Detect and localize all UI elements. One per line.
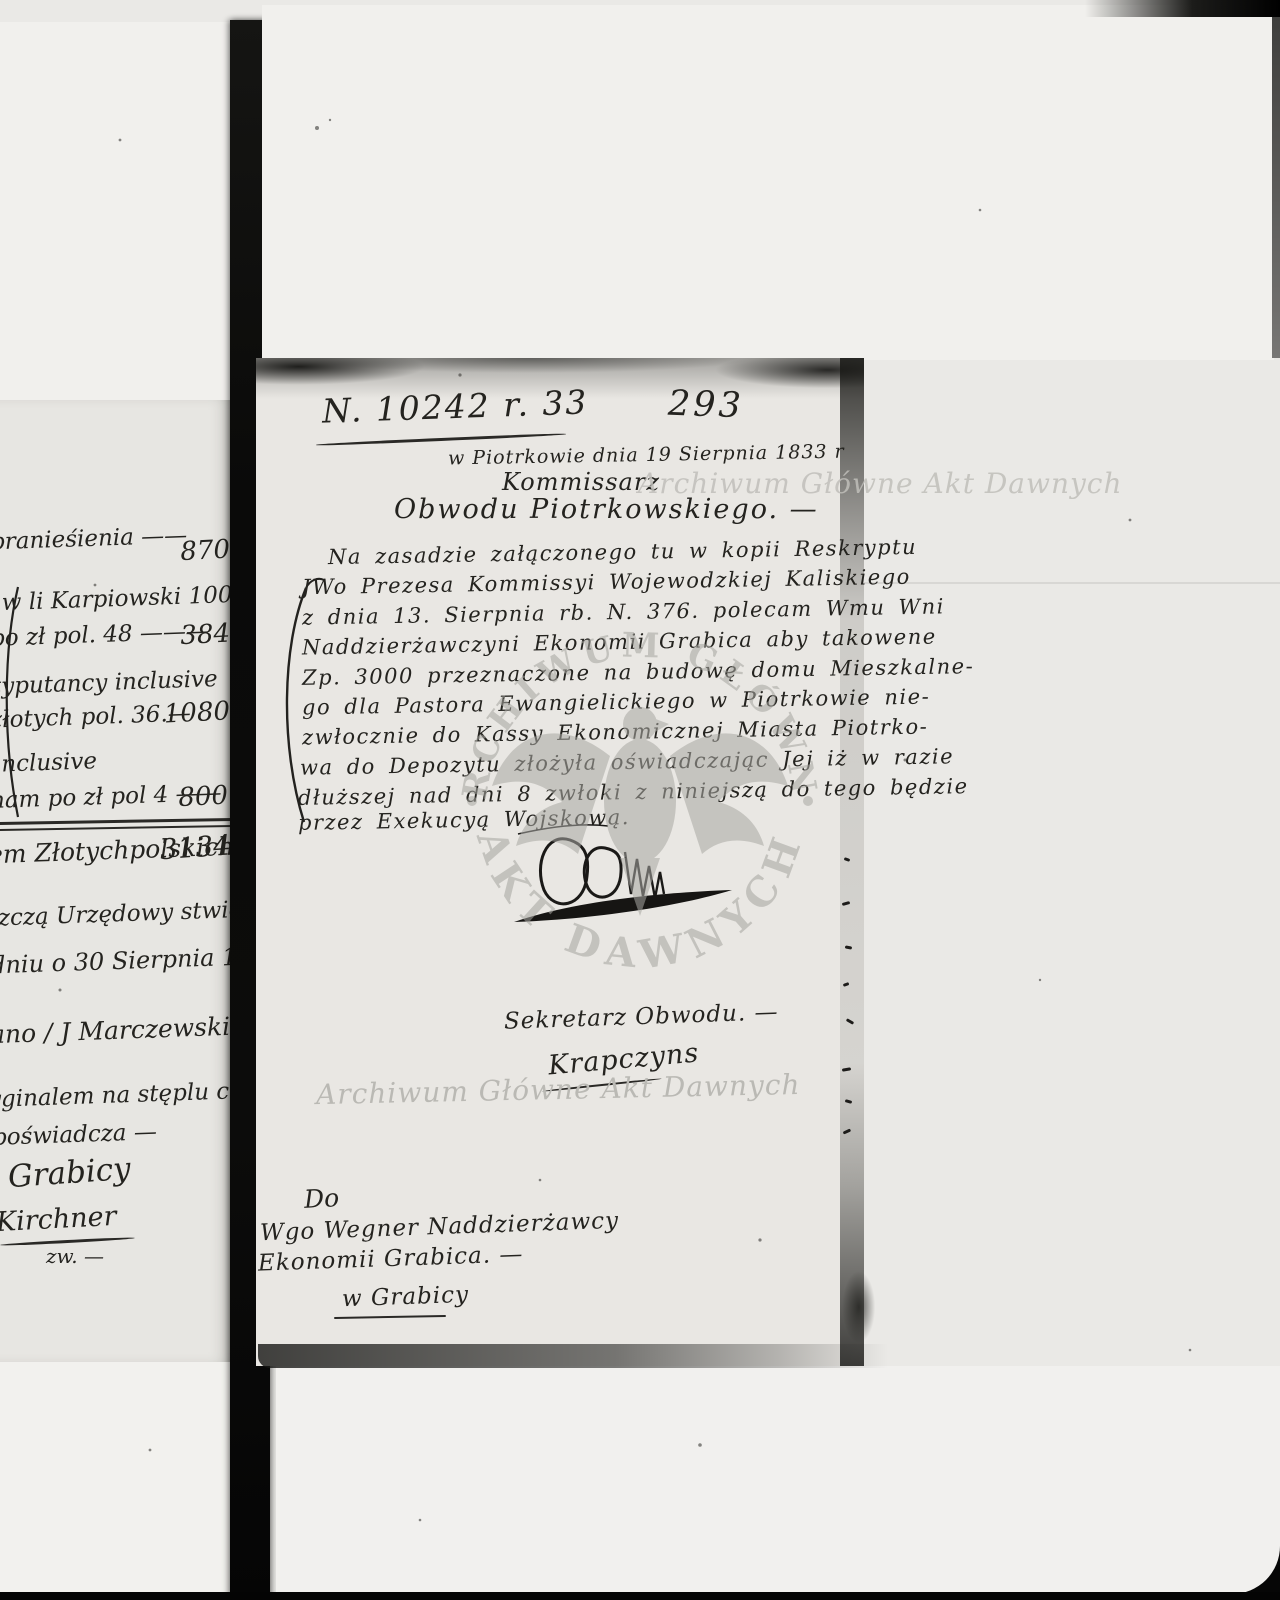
archive-stamp-watermark: ARCHIWUM GŁÓWNE AKT DAWNYCH — [450, 596, 830, 1006]
address-line: Ekonomii Grabica. — — [258, 1243, 524, 1275]
scanner-bottom-strip — [0, 1592, 1280, 1600]
body-line: JWo Prezesa Kommissyi Wojewodzkiej Kalis… — [302, 567, 911, 599]
ledger-row-text: aw li Karpiowski 1000 — [0, 583, 232, 615]
attestation-line: szczą Urzędowy stwierdzam. — [0, 896, 232, 931]
ledger-row-amount: 384 — [171, 621, 230, 650]
main-page-bottom-smudge — [258, 1344, 908, 1368]
address-line: Do — [303, 1185, 339, 1212]
office-line-1: Kommissarz — [502, 470, 660, 494]
left-bottom-blank-page — [0, 1362, 232, 1593]
stamp-eagle-head — [623, 707, 657, 741]
address-line: w Grabicy — [342, 1284, 470, 1311]
top-right-corner-shadow — [1085, 0, 1280, 17]
right-edge-smudge — [840, 358, 864, 1366]
document-scan: pranieśienia —— 870 aw li Karpiowski 100… — [0, 0, 1280, 1600]
attestation-line: poświadcza — — [0, 1121, 157, 1150]
ledger-row-amount: 800 — [169, 783, 228, 812]
archive-watermark-upper: Archiwum Główne Akt Dawnych — [638, 470, 1123, 498]
ledger-row-text: pranieśienia —— — [0, 525, 188, 555]
folio-number: 293 — [667, 387, 744, 425]
attestation-line: dniu o 30 Sierpnia 1833 r — [0, 943, 232, 978]
address-line: Wgo Wegner Naddzierżawcy — [260, 1210, 620, 1246]
document-number-underline — [316, 433, 566, 446]
bottom-underlying-page — [276, 1366, 1280, 1594]
document-number: N. 10242 r. 33 — [322, 385, 589, 427]
main-page-corner-blotch — [838, 1262, 884, 1362]
stamp-eagle-tail — [620, 858, 660, 916]
signature-grabicy: Grabicy — [7, 1154, 132, 1193]
signature-kirchner: Kirchner — [0, 1203, 117, 1236]
left-top-blank-page — [0, 22, 230, 402]
ledger-total-amount: 3134 — [154, 831, 232, 864]
dateline: w Piotrkowie dnia 19 Sierpnia 1833 r — [448, 443, 845, 469]
scanner-faint-line — [860, 582, 1280, 584]
address-underline — [334, 1315, 446, 1319]
body-line: Na zasadzie załączonego tu w kopii Reskr… — [328, 537, 917, 568]
top-right-blank-page — [262, 5, 1274, 360]
secretary-title: Sekretarz Obwodu. — — [504, 1001, 779, 1034]
ledger-row-text: typutancy inclusive — [0, 668, 218, 699]
attestation-line: yginalem na stęplu ceny — [0, 1079, 232, 1112]
stamp-eagle-body — [604, 739, 676, 863]
signature-zw: zw. — — [46, 1246, 104, 1266]
stamp-eagle-beak — [653, 718, 669, 732]
office-line-2: Obwodu Piotrkowskiego. — — [394, 496, 819, 523]
ledger-row-amount: 1080 — [161, 698, 230, 728]
left-accounting-page: pranieśienia —— 870 aw li Karpiowski 100… — [0, 400, 232, 1362]
left-margin-brace — [0, 585, 22, 820]
ledger-row-amount: 870 — [171, 537, 230, 566]
scan-right-edge-line — [1272, 0, 1280, 358]
attestation-line: ano / J Marczewski — [0, 1014, 231, 1047]
ledger-double-rule-top — [0, 818, 232, 825]
